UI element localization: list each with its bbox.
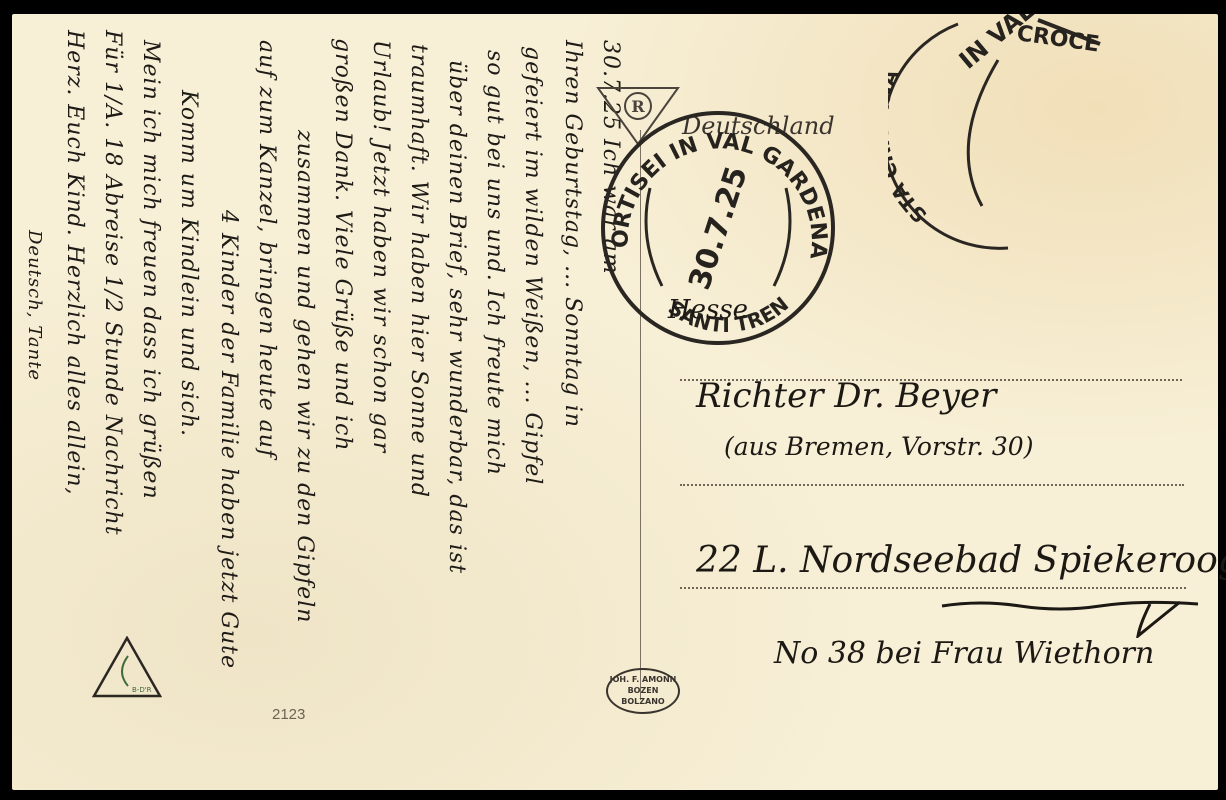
svg-text:STA CRISTINA: STA CRISTINA: [888, 65, 932, 227]
address-line-2: [680, 484, 1184, 486]
svg-text:B-D'R: B-D'R: [132, 686, 152, 694]
message-line: Komm um Kindlein und sich.: [176, 90, 201, 437]
publisher-line-1: JOH. F. AMONN: [608, 674, 678, 685]
serial-number: 2123: [272, 706, 305, 723]
message-line: traumhaft. Wir haben hier Sonne und: [406, 44, 431, 498]
message-line: zusammen und gehen wir zu den Gipfeln: [292, 130, 317, 623]
publisher-stamp: JOH. F. AMONN BOZEN BOLZANO: [606, 668, 680, 714]
message-line: gefeiert im wilden Weißen, ... Gipfel: [520, 46, 545, 485]
town-underline: [940, 598, 1202, 638]
underline-flourish-icon: [940, 598, 1202, 638]
postmark-icon: ORTISEI IN VAL GARDENA (CIRC. SANTI TREN…: [598, 108, 838, 348]
recipient-origin: (aus Bremen, Vorstr. 30): [724, 432, 1033, 461]
recipient-town: 22 L. Nordseebad Spiekeroog: [696, 540, 1226, 581]
message-line: großen Dank. Viele Grüße und ich: [330, 38, 355, 451]
publisher-line-2: BOZEN: [608, 685, 678, 696]
message-line: Mein ich mich freuen dass ich grüßen: [138, 40, 163, 500]
message-line: Herz. Euch Kind. Herzlich alles allein,: [62, 30, 87, 496]
message-line: auf zum Kanzel, bringen heute auf: [254, 40, 279, 458]
address-line-3: [680, 587, 1186, 589]
triangle-mark-icon: B-D'R: [92, 636, 162, 698]
recipient-name: Richter Dr. Beyer: [696, 376, 996, 416]
publisher-line-3: BOLZANO: [608, 696, 678, 707]
svg-text:Hesse: Hesse: [667, 295, 748, 325]
corner-triangle-mark: B-D'R: [92, 636, 162, 698]
message-line: so gut bei uns und. Ich freute mich: [482, 50, 507, 476]
message-line: 4 Kinder der Familie haben jetzt Gute: [216, 210, 241, 669]
message-line: Urlaub! Jetzt haben wir schon gar: [368, 40, 393, 453]
postmark-partial: STA CRISTINA IN VAL CROCE: [888, 14, 1118, 250]
message-line: über deinen Brief, sehr wunderbar, das i…: [444, 60, 469, 574]
message-line: Ihren Geburtstag, ... Sonntag in: [560, 40, 585, 428]
postmark-main: ORTISEI IN VAL GARDENA (CIRC. SANTI TREN…: [598, 108, 838, 348]
recipient-house: No 38 bei Frau Wiethorn: [774, 636, 1154, 671]
svg-text:CROCE: CROCE: [1015, 21, 1101, 57]
svg-text:30.7.25: 30.7.25: [682, 162, 755, 294]
message-line: Deutsch, Tante: [24, 230, 45, 381]
message-line: Für 1/A. 18 Abreise 1/2 Stunde Nachricht: [100, 30, 125, 536]
postmark-partial-icon: STA CRISTINA IN VAL CROCE: [888, 14, 1118, 250]
